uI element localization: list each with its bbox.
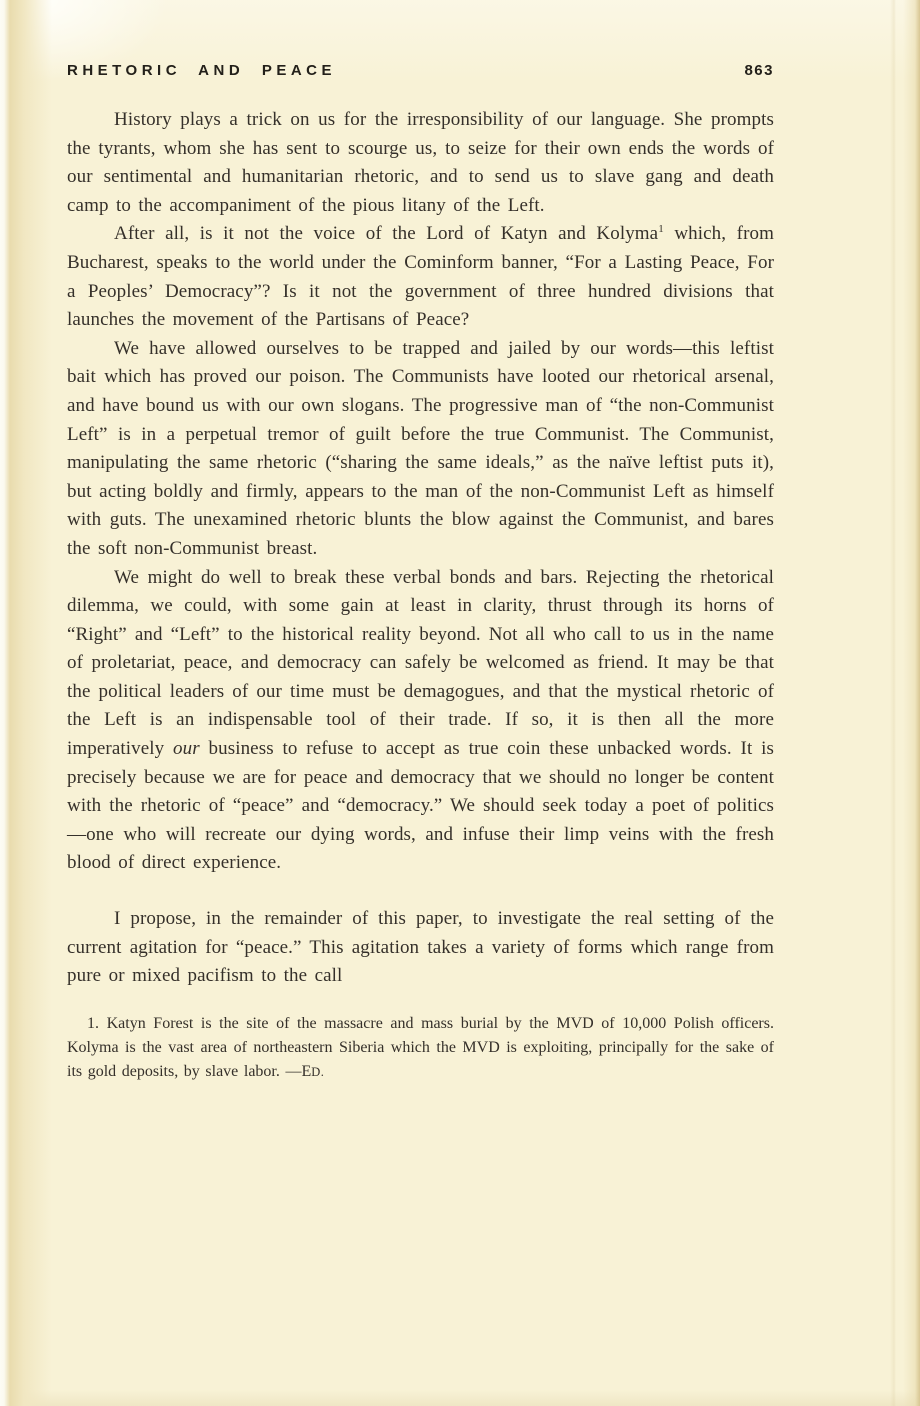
footnote-paragraph: 1. Katyn Forest is the site of the massa… [67,1012,774,1084]
footnote-editor-smallcaps: d. [311,1065,324,1079]
page-content: RHETORIC AND PEACE 863 History plays a t… [67,62,774,1084]
running-header-title: RHETORIC AND PEACE [67,62,336,79]
running-header: RHETORIC AND PEACE 863 [67,62,774,79]
footnote: 1. Katyn Forest is the site of the massa… [67,1012,774,1084]
paragraph-4-text: We might do well to break these verbal b… [67,567,774,760]
paragraph-3: We have allowed ourselves to be trapped … [67,335,774,564]
page-number: 863 [744,62,774,79]
paragraph-2: After all, is it not the voice of the Lo… [67,220,774,334]
footnote-text: 1. Katyn Forest is the site of the massa… [67,1015,774,1080]
paragraph-4-italic-word: our [173,738,200,759]
paragraph-5: I propose, in the remainder of this pape… [67,905,774,991]
paragraph-5-text: I propose, in the remainder of this pape… [67,908,774,986]
paragraph-2-text: After all, is it not the voice of the Lo… [114,223,658,244]
body-text: History plays a trick on us for the irre… [67,106,774,991]
paragraph-1-text: History plays a trick on us for the irre… [67,109,774,216]
paragraph-3-text: We have allowed ourselves to be trapped … [67,338,774,559]
scanned-page: RHETORIC AND PEACE 863 History plays a t… [0,0,920,1406]
paragraph-1: History plays a trick on us for the irre… [67,106,774,220]
paragraph-4: We might do well to break these verbal b… [67,564,774,879]
